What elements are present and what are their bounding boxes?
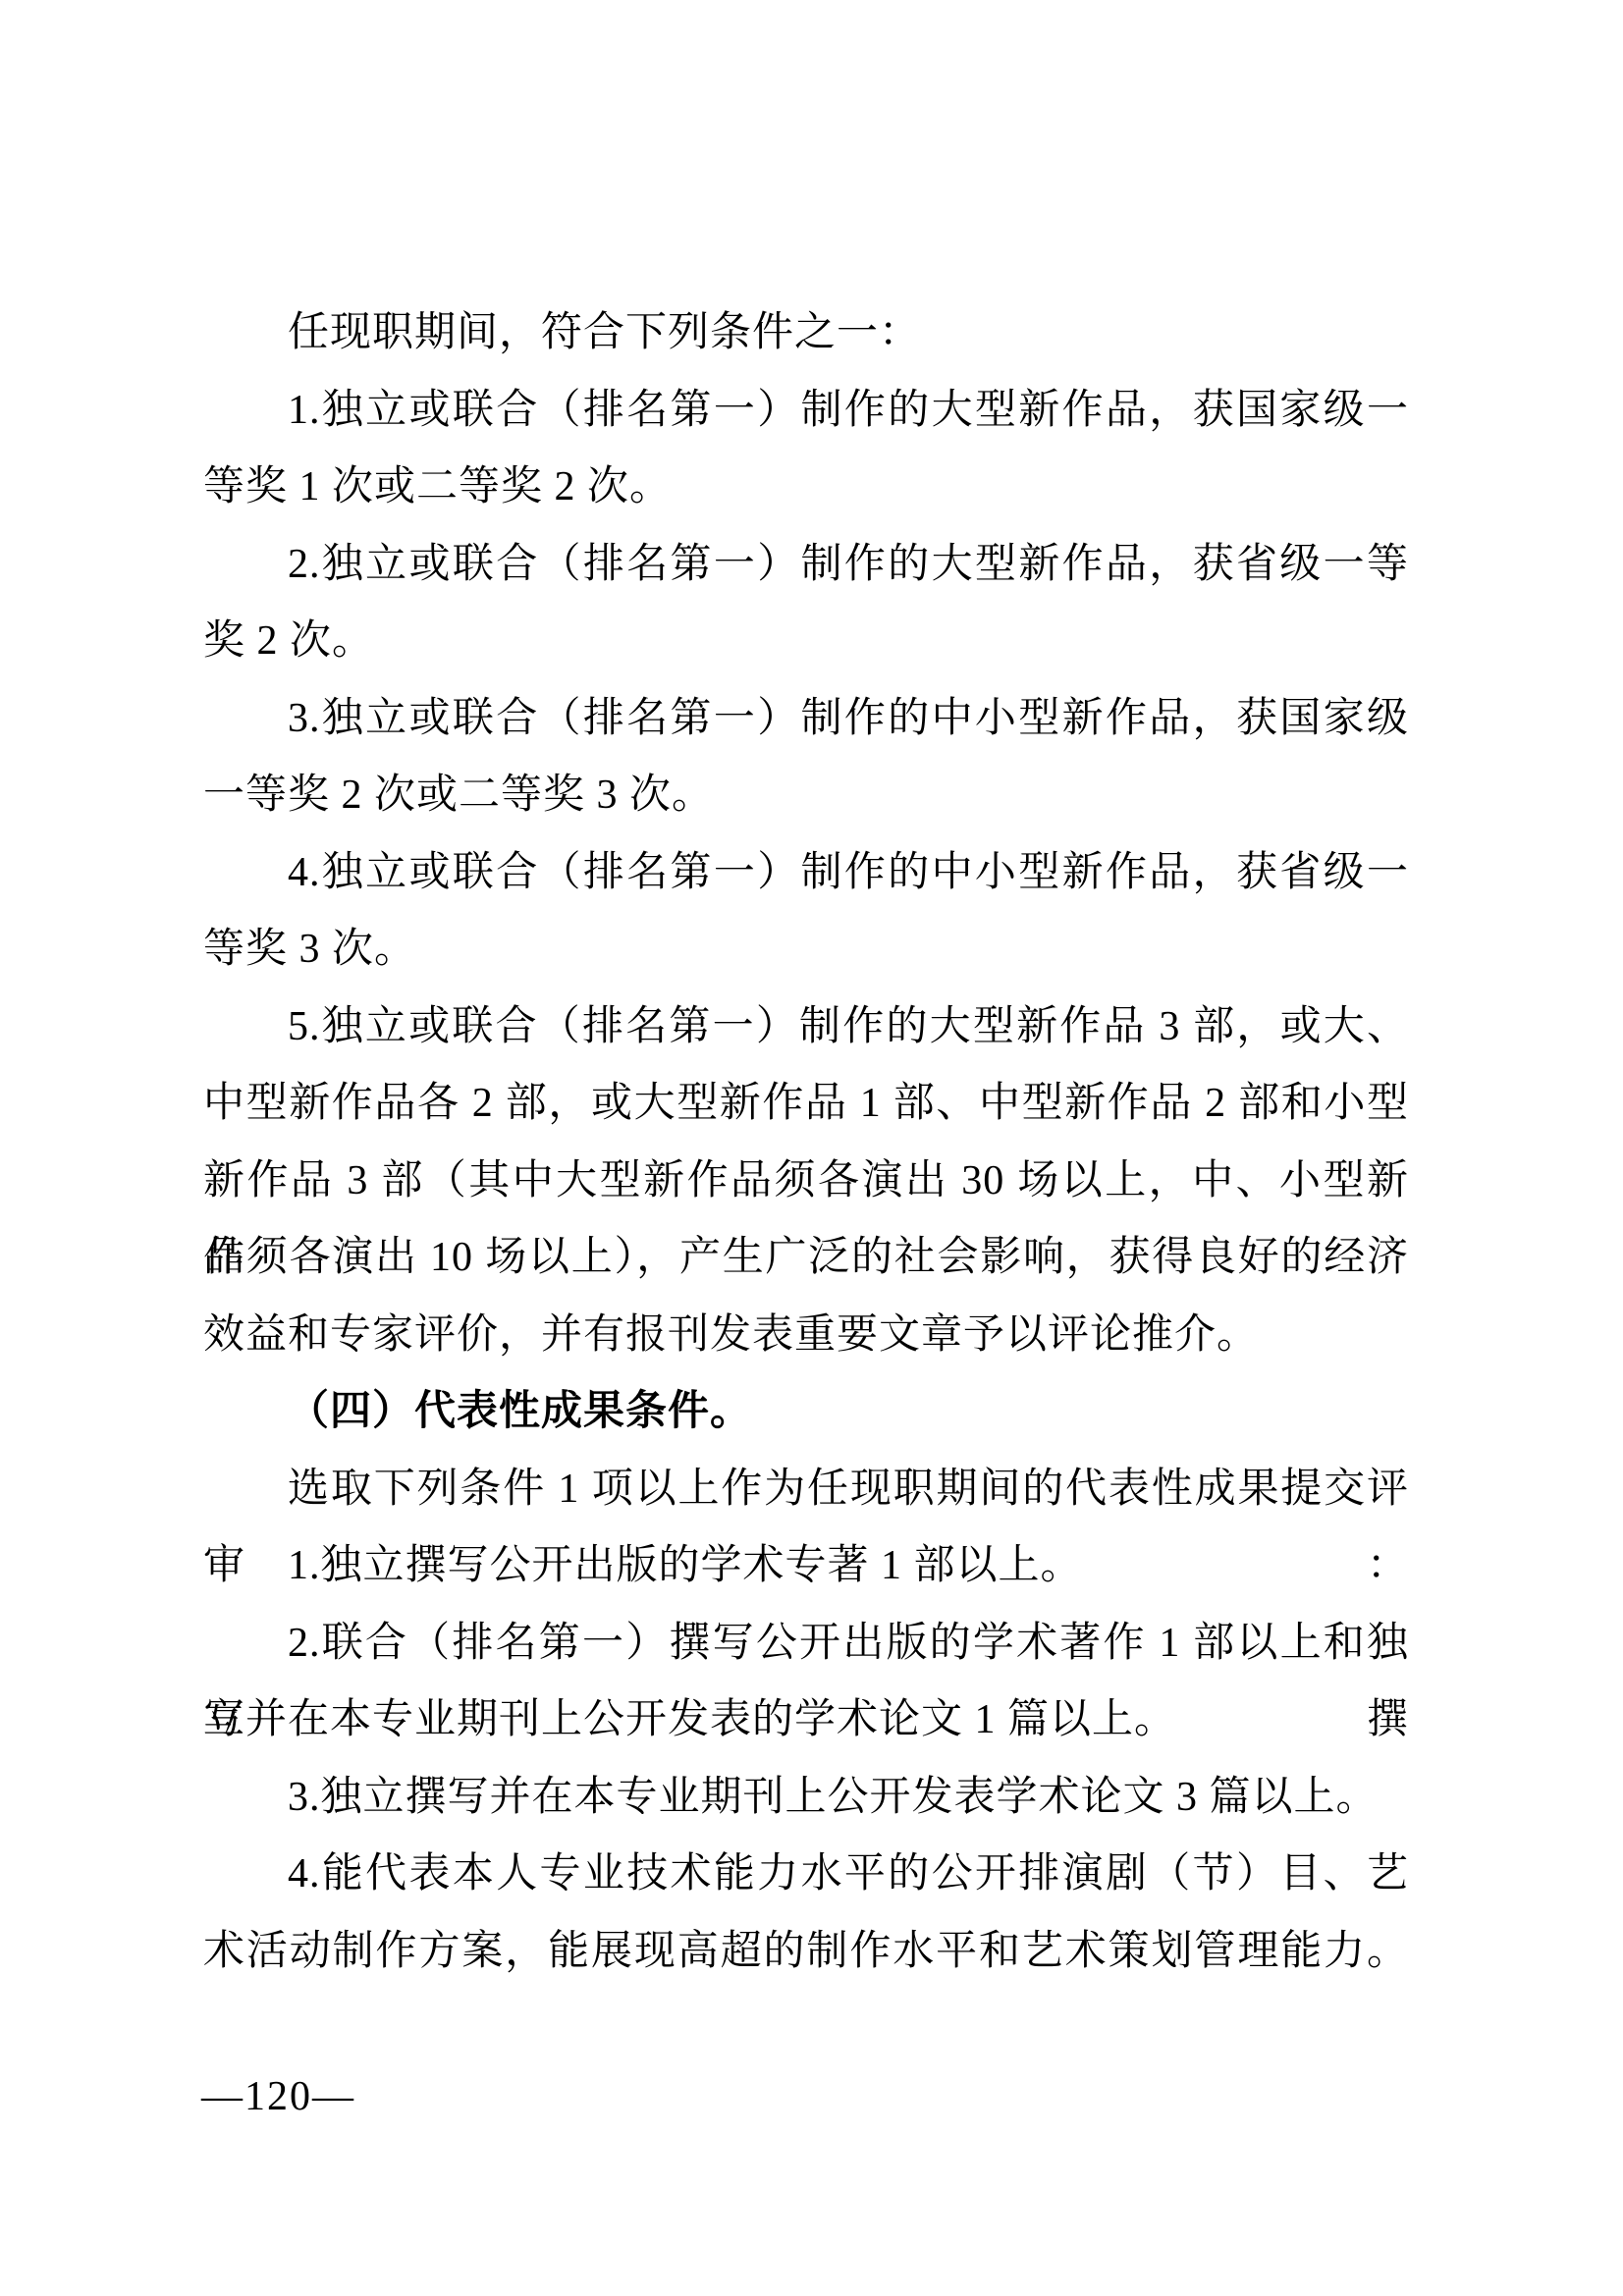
text-line: 2.联合（排名第一）撰写公开出版的学术著作 1 部以上和独立撰 <box>203 1605 1409 1682</box>
text-line: 任现职期间，符合下列条件之一： <box>203 294 1409 372</box>
text-line: 4.能代表本人专业技术能力水平的公开排演剧（节）目、艺 <box>203 1836 1409 1913</box>
text-line: 等奖 1 次或二等奖 2 次。 <box>203 449 1409 526</box>
text-line: （四）代表性成果条件。 <box>203 1373 1409 1451</box>
text-line: 奖 2 次。 <box>203 603 1409 680</box>
text-line: 效益和专家评价，并有报刊发表重要文章予以评论推介。 <box>203 1297 1409 1374</box>
text-line: 选取下列条件 1 项以上作为任现职期间的代表性成果提交评审： <box>203 1451 1409 1528</box>
text-line: 一等奖 2 次或二等奖 3 次。 <box>203 757 1409 834</box>
text-line: 中型新作品各 2 部，或大型新作品 1 部、中型新作品 2 部和小型 <box>203 1065 1409 1143</box>
text-line: 品须各演出 10 场以上），产生广泛的社会影响，获得良好的经济 <box>203 1219 1409 1297</box>
page-number: —120— <box>201 2069 355 2124</box>
text-line: 等奖 3 次。 <box>203 911 1409 988</box>
text-line: 2.独立或联合（排名第一）制作的大型新作品，获省级一等 <box>203 526 1409 604</box>
document-page: 任现职期间，符合下列条件之一：1.独立或联合（排名第一）制作的大型新作品，获国家… <box>0 0 1623 2296</box>
text-line: 1.独立或联合（排名第一）制作的大型新作品，获国家级一 <box>203 372 1409 450</box>
text-line: 3.独立撰写并在本专业期刊上公开发表学术论文 3 篇以上。 <box>203 1759 1409 1837</box>
text-line: 术活动制作方案，能展现高超的制作水平和艺术策划管理能力。 <box>203 1913 1409 1991</box>
text-line: 5.独立或联合（排名第一）制作的大型新作品 3 部，或大、 <box>203 988 1409 1066</box>
text-line: 3.独立或联合（排名第一）制作的中小型新作品，获国家级 <box>203 680 1409 758</box>
text-line: 4.独立或联合（排名第一）制作的中小型新作品，获省级一 <box>203 834 1409 912</box>
document-body: 任现职期间，符合下列条件之一：1.独立或联合（排名第一）制作的大型新作品，获国家… <box>203 294 1409 1990</box>
text-line: 新作品 3 部（其中大型新作品须各演出 30 场以上，中、小型新作 <box>203 1143 1409 1220</box>
